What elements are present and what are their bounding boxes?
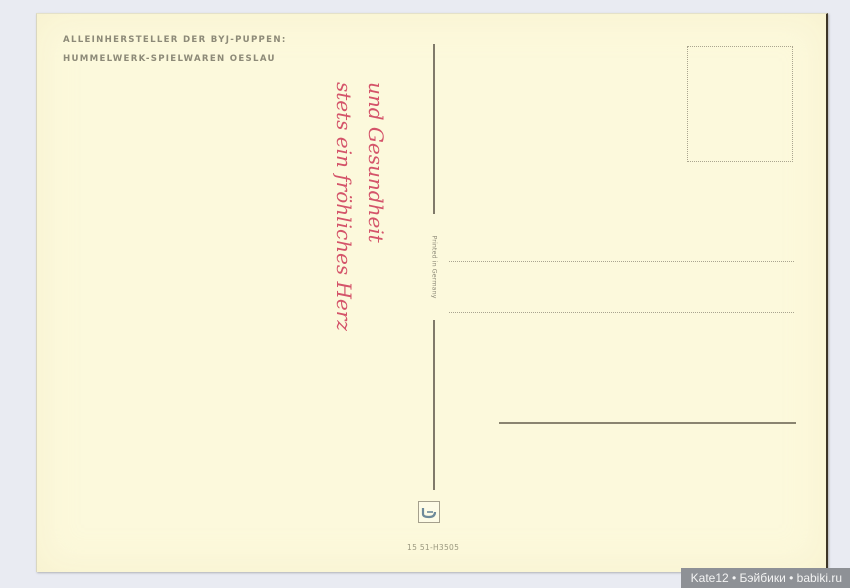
catalog-code: 15 51-H3505	[407, 543, 459, 552]
center-divider-top	[433, 44, 435, 214]
stamp-box	[687, 46, 793, 162]
address-line-3	[499, 422, 796, 424]
publisher-line-1: ALLEINHERSTELLER DER BYJ-PUPPEN:	[63, 35, 287, 45]
printed-in-germany-text: Printed in Germany	[430, 235, 438, 298]
site-watermark: Kate12 • Бэйбики • babiki.ru	[681, 568, 850, 588]
handwriting-line-2: stets ein fröhliches Herz	[328, 82, 360, 432]
postcard-back: ALLEINHERSTELLER DER BYJ-PUPPEN: HUMMELW…	[36, 13, 828, 572]
address-line-1	[449, 261, 794, 262]
handwriting-line-1: und Gesundheit	[360, 82, 392, 432]
publisher-logo-icon	[418, 501, 440, 523]
publisher-line-2: HUMMELWERK-SPIELWAREN OESLAU	[63, 54, 276, 64]
address-line-2	[449, 312, 794, 313]
center-divider-bottom	[433, 320, 435, 490]
handwritten-message: und Gesundheit stets ein fröhliches Herz	[315, 82, 405, 432]
printed-in-germany-label: Printed in Germany	[428, 216, 440, 318]
